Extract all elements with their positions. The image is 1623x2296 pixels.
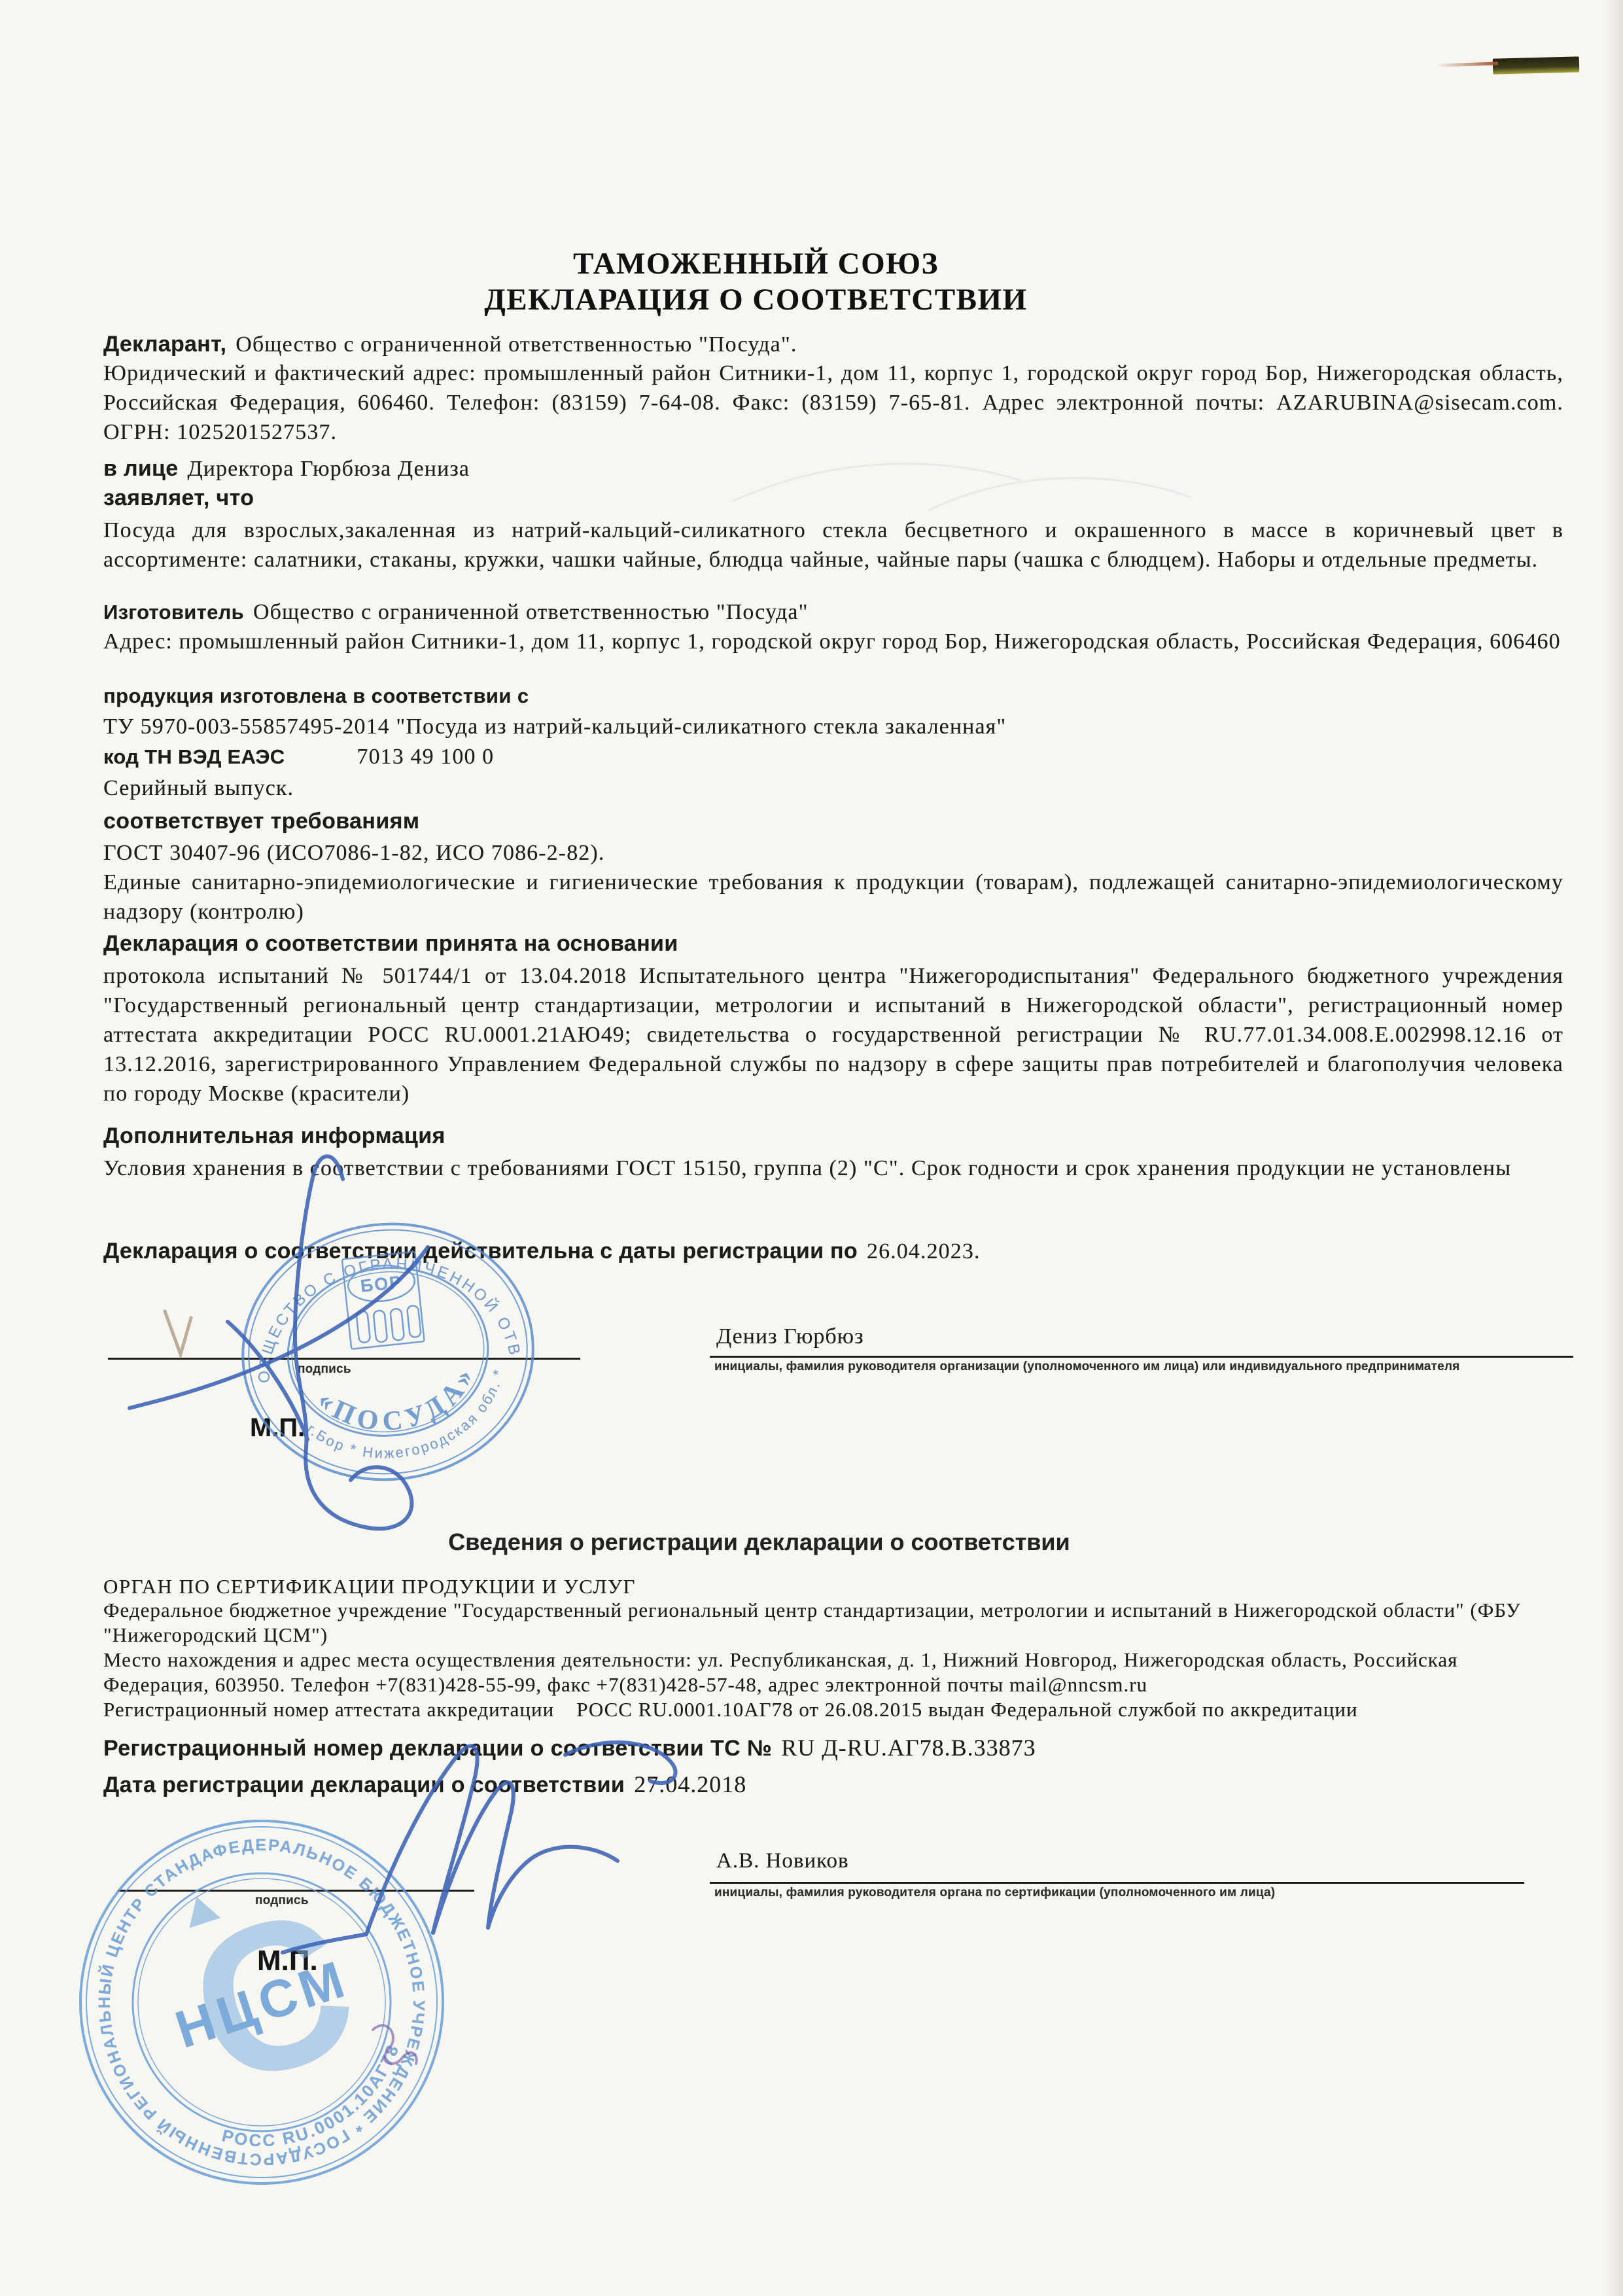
signature2-name-line	[710, 1882, 1524, 1884]
signature1-ink	[130, 1156, 428, 1528]
gost-line: ГОСТ 30407-96 (ИСО7086-1-82, ИСО 7086-2-…	[103, 838, 1563, 868]
stamp1-logo	[342, 1252, 425, 1349]
stamp2-logo-arrow	[181, 1892, 221, 1928]
validity-date: 26.04.2023.	[867, 1239, 981, 1263]
tnved-line: код ТН ВЭД ЕАЭС7013 49 100 0	[103, 742, 1563, 771]
cert-body-label: ОРГАН ПО СЕРТИФИКАЦИИ ПРОДУКЦИИ И УСЛУГ	[103, 1572, 1563, 1601]
sanitary-text: Единые санитарно-эпидемиологические и ги…	[103, 868, 1563, 927]
stamp2-ring-text2: РОСС RU.0001.10АГ78	[205, 2036, 422, 2169]
declarant-value: Общество с ограниченной ответственностью…	[236, 332, 797, 357]
check-mark-ink	[165, 1311, 191, 1354]
signature1-name-caption: инициалы, фамилия руководителя организац…	[714, 1360, 1459, 1374]
declarant-address: Юридический и фактический адрес: промышл…	[103, 359, 1563, 447]
reg-date-line: Дата регистрации декларации о соответств…	[103, 1771, 1563, 1798]
cert-body-accreditation: Регистрационный номер аттестата аккредит…	[103, 1697, 1563, 1722]
stamp2-ring-text: ФЕДЕРАЛЬНОЕ БЮДЖЕТНОЕ УЧРЕЖДЕНИЕ * ГОСУД…	[51, 1806, 471, 2199]
scan-artifact-tail	[1436, 62, 1498, 67]
signature1-name-line	[710, 1356, 1573, 1358]
manufacturer-line: ИзготовительОбщество с ограниченной отве…	[103, 597, 1563, 627]
signature2-name: А.В. Новиков	[716, 1849, 849, 1873]
stamp-place-1: М.П.	[250, 1413, 305, 1443]
registration-header: Сведения о регистрации декларации о соот…	[0, 1528, 1518, 1556]
signature2-name-caption: инициалы, фамилия руководителя органа по…	[714, 1886, 1275, 1900]
signature1-caption: подпись	[298, 1362, 351, 1377]
stamp1-logo-text: БОР	[360, 1272, 404, 1296]
tnved-label: код ТН ВЭД ЕАЭС	[103, 745, 285, 768]
title-line-1: ТАМОЖЕННЫЙ СОЮЗ	[0, 246, 1512, 282]
basis-label: Декларация о соответствии принята на осн…	[103, 931, 1563, 957]
in-person-line: в лицеДиректора Гюрбюза Дениза	[103, 454, 1563, 484]
declarant-label: Декларант,	[103, 332, 226, 357]
reg-number-value: RU Д-RU.АГ78.В.33873	[781, 1735, 1036, 1761]
in-person-label: в лице	[103, 456, 178, 481]
compliance-label: соответствует требованиям	[103, 809, 1563, 834]
accreditation-label: Регистрационный номер аттестата аккредит…	[103, 1698, 554, 1721]
additional-text: Условия хранения в соответствии с требов…	[103, 1154, 1563, 1183]
scan-artifact	[1493, 56, 1580, 74]
reg-number-label: Регистрационный номер декларации о соотв…	[103, 1736, 772, 1761]
manufacturer-value: Общество с ограниченной ответственностью…	[253, 600, 809, 624]
reg-date-label: Дата регистрации декларации о соответств…	[103, 1773, 625, 1797]
tu-line: ТУ 5970-003-55857495-2014 "Посуда из нат…	[103, 712, 1563, 741]
declarant-line: Декларант,Общество с ограниченной ответс…	[103, 330, 1563, 359]
document-title: ТАМОЖЕННЫЙ СОЮЗ ДЕКЛАРАЦИЯ О СООТВЕТСТВИ…	[0, 246, 1512, 318]
validity-line: Декларация о соответствии действительна …	[103, 1237, 1563, 1266]
cert-body-name: Федеральное бюджетное учреждение "Госуда…	[103, 1598, 1563, 1648]
serial-line: Серийный выпуск.	[103, 773, 1563, 803]
cert-body-location: Место нахождения и адрес места осуществл…	[103, 1648, 1563, 1697]
page-edge-shadow	[1605, 0, 1623, 2296]
scanned-declaration-page: ТАМОЖЕННЫЙ СОЮЗ ДЕКЛАРАЦИЯ О СООТВЕТСТВИ…	[0, 0, 1623, 2296]
accreditation-value: РОСС RU.0001.10АГ78 от 26.08.2015 выдан …	[576, 1698, 1357, 1721]
basis-text: протокола испытаний № 501744/1 от 13.04.…	[103, 961, 1563, 1108]
stamp1-ring-bottom-text: г.Бор * Нижегородская обл. *	[299, 1365, 515, 1470]
manufacturer-label: Изготовитель	[103, 601, 244, 624]
signature2-caption: подпись	[255, 1894, 309, 1908]
validity-label: Декларация о соответствии действительна …	[103, 1239, 858, 1263]
signature2-line	[118, 1890, 474, 1892]
in-person-value: Директора Гюрбюза Дениза	[187, 457, 470, 481]
declares-label: заявляет, что	[103, 486, 1563, 511]
signature1-name: Дениз Гюрбюз	[716, 1324, 864, 1349]
purple-scribble-ink	[373, 2025, 417, 2064]
tnved-value: 7013 49 100 0	[357, 745, 494, 769]
manufacturer-address: Адрес: промышленный район Ситники-1, дом…	[103, 627, 1563, 656]
reg-number-line: Регистрационный номер декларации о соотв…	[103, 1734, 1563, 1761]
production-label: продукция изготовлена в соответствии с	[103, 684, 1563, 708]
declares-text: Посуда для взрослых,закаленная из натрий…	[103, 516, 1563, 574]
additional-label: Дополнительная информация	[103, 1123, 1563, 1149]
stamp-place-2: М.П.	[257, 1945, 318, 1977]
signature1-line	[108, 1358, 580, 1360]
certification-stamp: ФЕДЕРАЛЬНОЕ БЮДЖЕТНОЕ УЧРЕЖДЕНИЕ * ГОСУД…	[51, 1806, 480, 2199]
title-line-2: ДЕКЛАРАЦИЯ О СООТВЕТСТВИИ	[0, 282, 1512, 318]
reg-date-value: 27.04.2018	[634, 1771, 746, 1797]
